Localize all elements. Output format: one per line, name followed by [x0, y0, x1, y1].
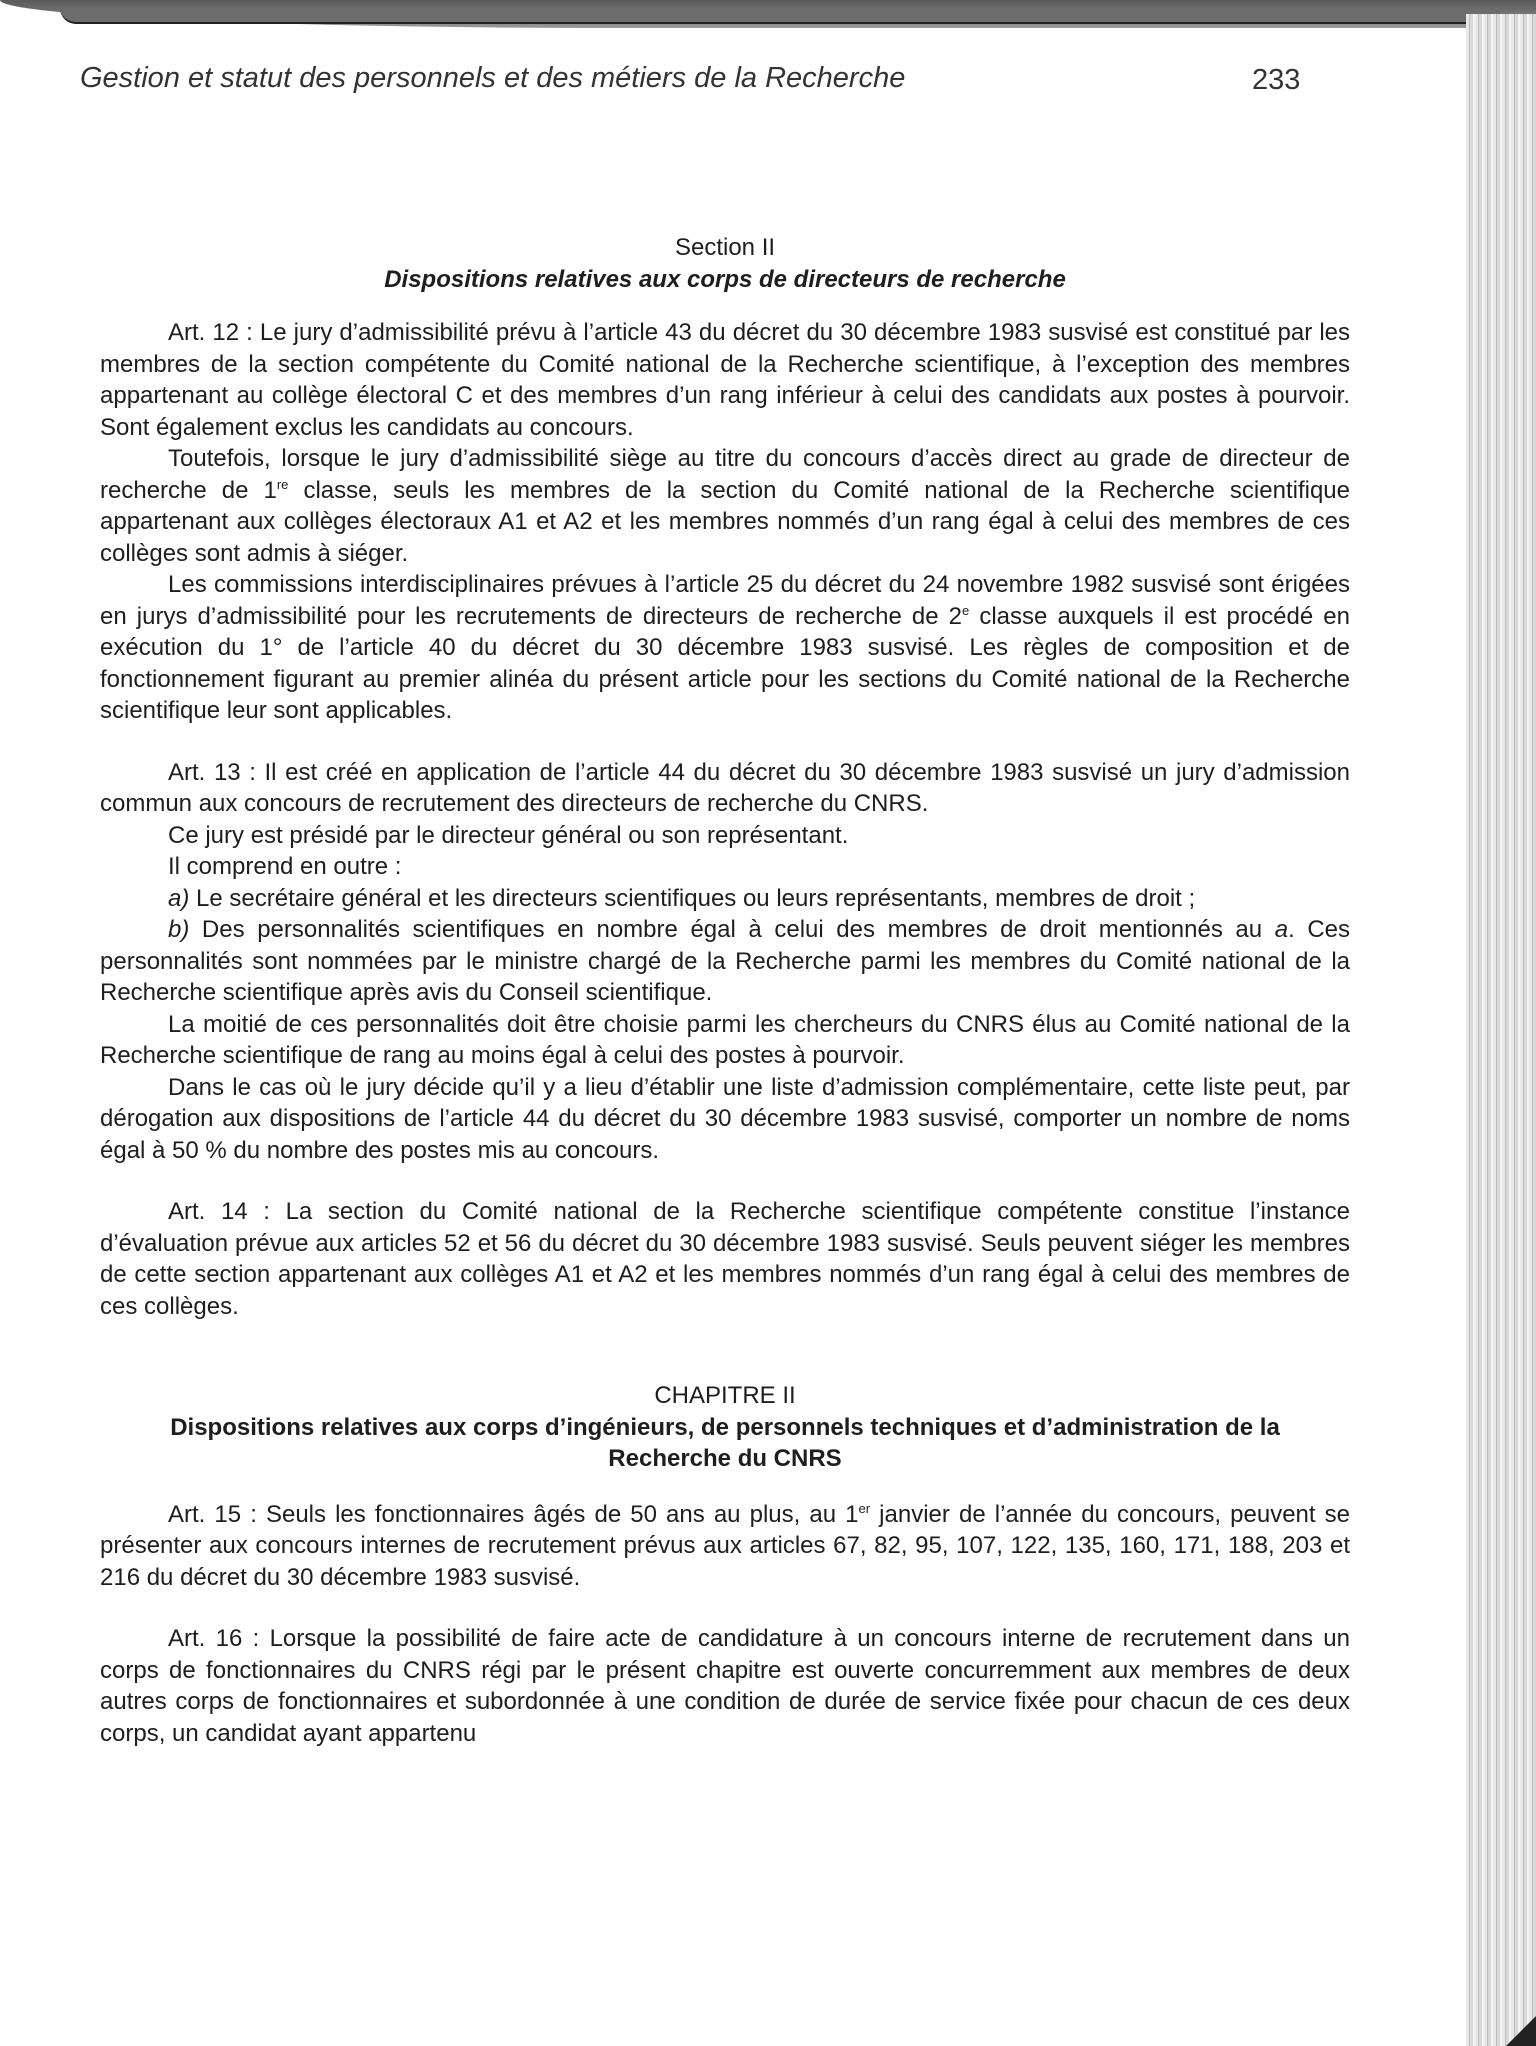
- running-header-title: Gestion et statut des personnels et des …: [80, 62, 905, 95]
- article-15-paragraph-1: Art. 15 : Seuls les fonctionnaires âgés …: [100, 1499, 1350, 1594]
- text: Le secrétaire général et les directeurs …: [189, 885, 1195, 912]
- article-13-paragraph-3: Il comprend en outre :: [100, 851, 1350, 883]
- page-stack-edge: [1466, 14, 1536, 2046]
- chapter-label: CHAPITRE II: [100, 1380, 1350, 1412]
- article-13-paragraph-5: Dans le cas où le jury décide qu’il y a …: [100, 1072, 1350, 1167]
- article-16-paragraph-1: Art. 16 : Lorsque la possibilité de fair…: [100, 1623, 1350, 1749]
- article-12-paragraph-1: Art. 12 : Le jury d’admissibilité prévu …: [100, 317, 1350, 443]
- section-title: Dispositions relatives aux corps de dire…: [100, 264, 1350, 296]
- text: Art. 15 : Seuls les fonctionnaires âgés …: [168, 1501, 859, 1528]
- article-13-paragraph-1: Art. 13 : Il est créé en application de …: [100, 757, 1350, 820]
- page-number: 233: [1252, 64, 1300, 97]
- spacer: [100, 1322, 1350, 1380]
- section-label: Section II: [100, 232, 1350, 264]
- article-12-paragraph-3: Les commissions interdisciplinaires prév…: [100, 569, 1350, 727]
- article-13-item-b: b) Des personnalités scientifiques en no…: [100, 914, 1350, 1009]
- text: classe, seuls les membres de la section …: [100, 477, 1350, 567]
- superscript: re: [277, 477, 289, 492]
- text: Des personnalités scientifiques en nombr…: [189, 916, 1274, 943]
- book-page-curl: [60, 8, 1500, 24]
- spacer: [100, 1593, 1350, 1623]
- article-13-paragraph-2: Ce jury est présidé par le directeur gén…: [100, 820, 1350, 852]
- list-marker: a): [168, 885, 189, 912]
- article-13-paragraph-4: La moitié de ces personnalités doit être…: [100, 1009, 1350, 1072]
- reference: a: [1275, 916, 1288, 943]
- spacer: [100, 727, 1350, 757]
- article-12-paragraph-2: Toutefois, lorsque le jury d’admissibili…: [100, 443, 1350, 569]
- spacer: [100, 1166, 1350, 1196]
- superscript: er: [859, 1501, 871, 1516]
- chapter-title: Dispositions relatives aux corps d’ingén…: [100, 1412, 1350, 1475]
- list-marker: b): [168, 916, 189, 943]
- article-13-item-a: a) Le secrétaire général et les directeu…: [100, 883, 1350, 915]
- article-14-paragraph-1: Art. 14 : La section du Comité national …: [100, 1196, 1350, 1322]
- page-body: Section II Dispositions relatives aux co…: [100, 232, 1350, 1749]
